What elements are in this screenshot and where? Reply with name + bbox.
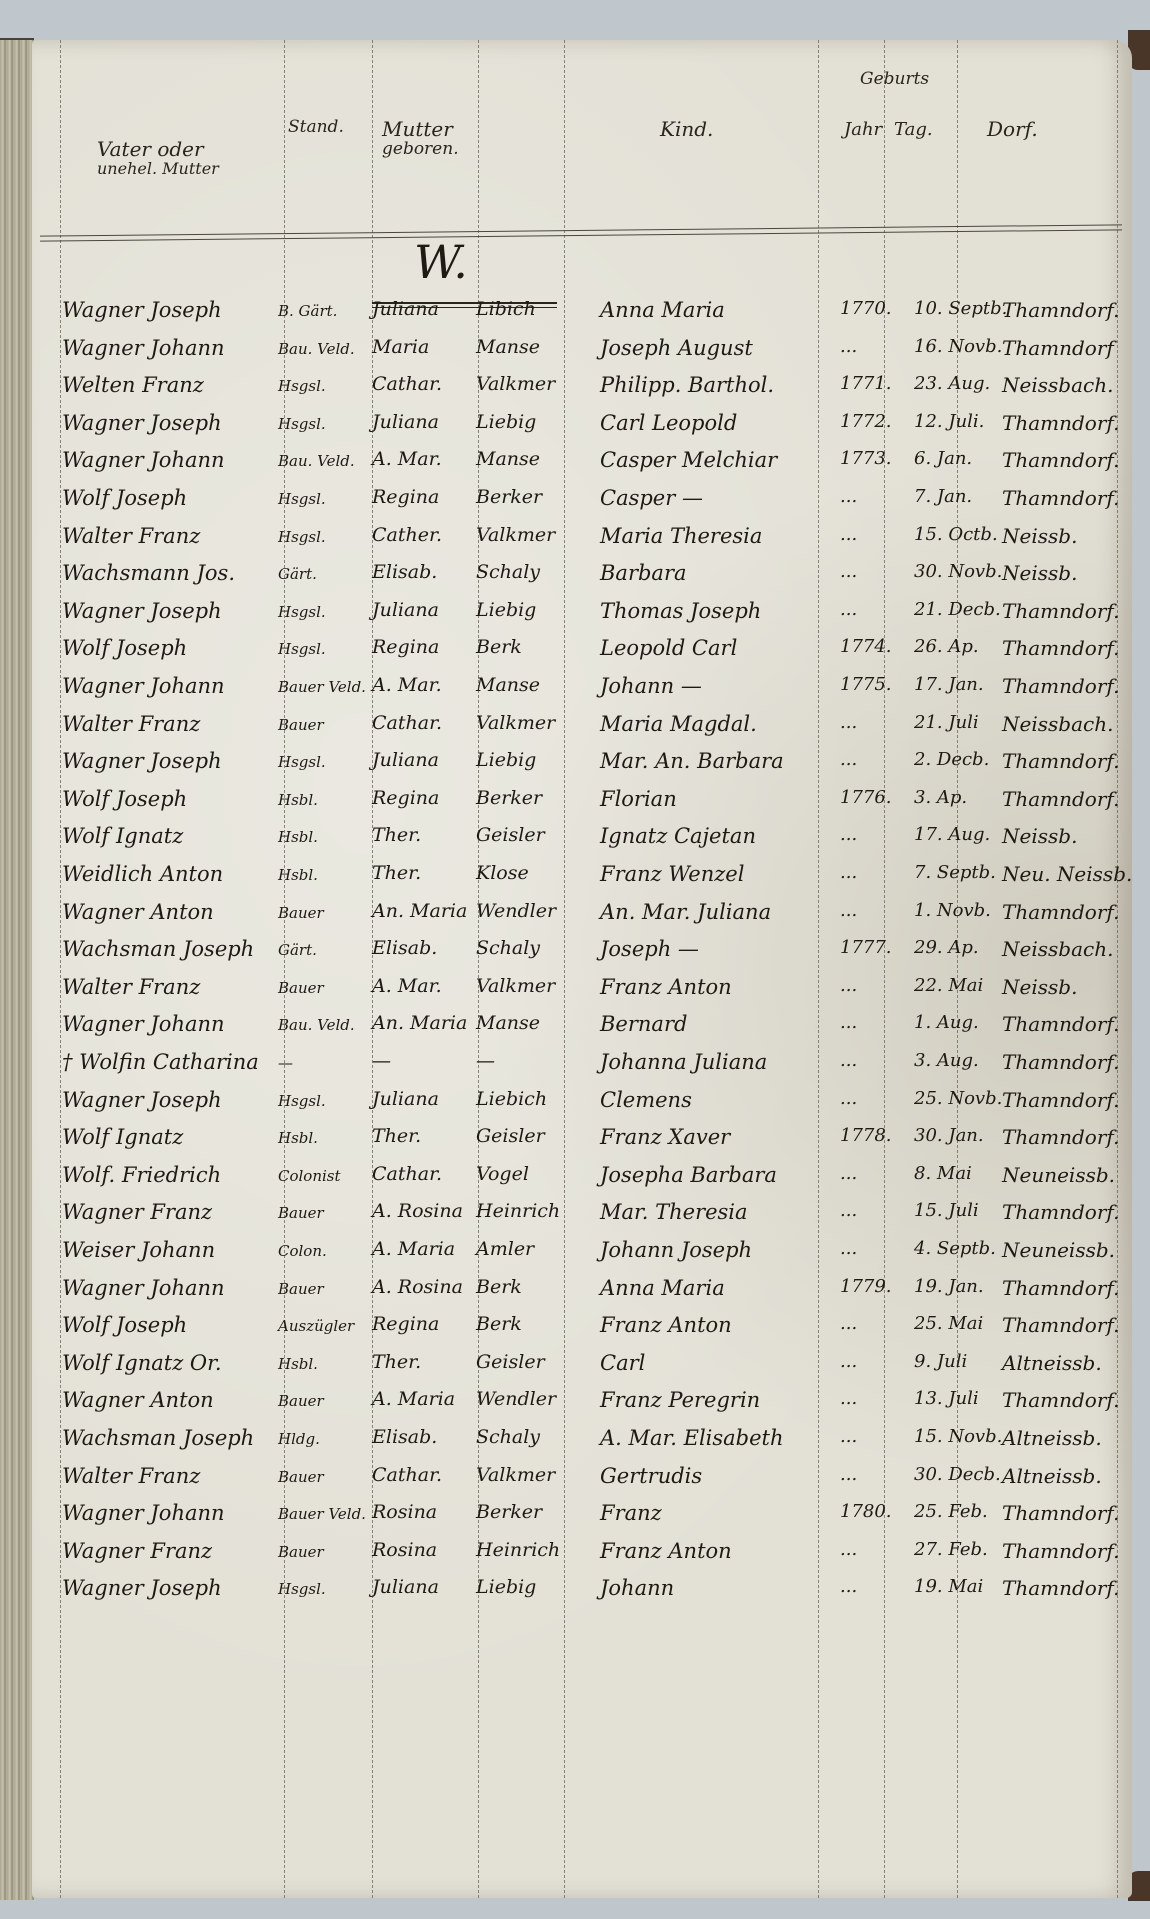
village: Thamndorf (1002, 336, 1122, 360)
village: Thamndorf. (1002, 636, 1122, 660)
table-row: Wagner AntonBauerAn. MariaWendlerAn. Mar… (32, 900, 1132, 936)
mother-first-name: A. Rosina (372, 1200, 482, 1222)
village: Thamndorf. (1002, 1125, 1122, 1149)
table-row: Wagner JosephHsgsl.JulianaLiebigThomas J… (32, 599, 1132, 635)
father-name: Wagner Joseph (62, 1576, 277, 1600)
mother-maiden-name: — (476, 1050, 596, 1072)
child-name: Johann (600, 1576, 840, 1600)
birth-year: ... (840, 975, 912, 996)
birth-year: 1778. (840, 1125, 912, 1146)
mother-first-name: Elisab. (372, 561, 482, 583)
father-name: Wagner Johann (62, 336, 277, 360)
birth-year: 1776. (840, 787, 912, 808)
mother-maiden-name: Amler (476, 1238, 596, 1260)
child-name: Franz (600, 1501, 840, 1525)
mother-maiden-name: Schaly (476, 561, 596, 583)
birth-day: 30. Novb. (914, 561, 1004, 582)
table-row: Walter FranzBauerCathar.ValkmerGertrudis… (32, 1464, 1132, 1500)
mother-first-name: Regina (372, 1313, 482, 1335)
table-row: Wachsman JosephGärt.Elisab.SchalyJoseph … (32, 937, 1132, 973)
mother-first-name: A. Maria (372, 1238, 482, 1260)
village: Thamndorf. (1002, 1576, 1122, 1600)
father-name: † Wolfin Catharina (62, 1050, 277, 1074)
birth-year: ... (840, 599, 912, 620)
header-year: Jahr (844, 120, 882, 140)
child-name: Joseph — (600, 937, 840, 961)
father-name: Wagner Anton (62, 900, 277, 924)
mother-maiden-name: Vogel (476, 1163, 596, 1185)
birth-day: 15. Juli (914, 1200, 1004, 1221)
occupation: Hsgsl. (278, 603, 370, 621)
village: Thamndorf. (1002, 1313, 1122, 1337)
occupation: Bauer Veld. (278, 678, 370, 696)
village: Thamndorf. (1002, 674, 1122, 698)
mother-first-name: Ther. (372, 1125, 482, 1147)
village: Neuneissb. (1002, 1238, 1122, 1262)
village: Altneissb. (1002, 1426, 1122, 1450)
father-name: Wagner Johann (62, 1012, 277, 1036)
table-row: Walter FranzBauerA. Mar.ValkmerFranz Ant… (32, 975, 1132, 1011)
village: Thamndorf. (1002, 1012, 1122, 1036)
occupation: Hsbl. (278, 791, 370, 809)
child-name: Clemens (600, 1088, 840, 1112)
mother-maiden-name: Liebig (476, 1576, 596, 1598)
mother-maiden-name: Geisler (476, 1125, 596, 1147)
birth-year: ... (840, 561, 912, 582)
village: Thamndorf. (1002, 749, 1122, 773)
occupation: B. Gärt. (278, 302, 370, 320)
header-birth: Geburts (860, 70, 929, 89)
table-row: Wolf. FriedrichColonistCathar.VogelJosep… (32, 1163, 1132, 1199)
header-village: Dorf. (987, 118, 1038, 140)
table-row: Wagner JosephHsgsl.JulianaLiebigJohann..… (32, 1576, 1132, 1612)
father-name: Wagner Joseph (62, 1088, 277, 1112)
mother-first-name: A. Mar. (372, 448, 482, 470)
birth-day: 21. Juli (914, 712, 1004, 733)
child-name: Joseph August (600, 336, 840, 360)
occupation: Bau. Veld. (278, 1016, 370, 1034)
table-row: Wagner JohannBau. Veld.A. Mar.ManseCaspe… (32, 448, 1132, 484)
occupation: Hsgsl. (278, 1092, 370, 1110)
village: Neissb. (1002, 524, 1122, 548)
child-name: Franz Xaver (600, 1125, 840, 1149)
birth-year: 1779. (840, 1276, 912, 1297)
birth-year: ... (840, 524, 912, 545)
mother-maiden-name: Berk (476, 1313, 596, 1335)
child-name: Leopold Carl (600, 636, 840, 660)
table-row: Wagner JosephHsgsl.JulianaLiebichClemens… (32, 1088, 1132, 1124)
father-name: Wagner Johann (62, 1501, 277, 1525)
occupation: Hsgsl. (278, 640, 370, 658)
child-name: Maria Theresia (600, 524, 840, 548)
birth-year: 1775. (840, 674, 912, 695)
village: Neu. Neissb. (1002, 862, 1122, 886)
birth-year: ... (840, 862, 912, 883)
birth-day: 17. Aug. (914, 824, 1004, 845)
table-row: Wagner JosephHsgsl.JulianaLiebigCarl Leo… (32, 411, 1132, 447)
father-name: Wolf Ignatz (62, 824, 277, 848)
table-row: Wolf JosephHsgsl.ReginaBerkerCasper —...… (32, 486, 1132, 522)
father-name: Wagner Anton (62, 1388, 277, 1412)
section-letter: W. (414, 235, 468, 289)
occupation: Bauer (278, 1280, 370, 1298)
birth-year: ... (840, 1088, 912, 1109)
table-row: Wagner JohannBau. Veld.MariaManseJoseph … (32, 336, 1132, 372)
village: Thamndorf. (1002, 1088, 1122, 1112)
village: Neuneissb. (1002, 1163, 1122, 1187)
father-name: Wagner Johann (62, 448, 277, 472)
father-name: Wagner Joseph (62, 749, 277, 773)
occupation: Hsbl. (278, 866, 370, 884)
birth-year: ... (840, 1238, 912, 1259)
child-name: Ignatz Cajetan (600, 824, 840, 848)
header-double-rule (40, 224, 1122, 241)
village: Neissb. (1002, 561, 1122, 585)
birth-year: ... (840, 336, 912, 357)
mother-maiden-name: Geisler (476, 1351, 596, 1373)
mother-maiden-name: Berker (476, 1501, 596, 1523)
birth-year: 1780. (840, 1501, 912, 1522)
father-name: Weidlich Anton (62, 862, 277, 886)
birth-year: ... (840, 900, 912, 921)
father-name: Wolf Joseph (62, 1313, 277, 1337)
mother-first-name: Juliana (372, 749, 482, 771)
father-name: Wachsman Joseph (62, 1426, 277, 1450)
table-row: Wolf JosephHsgsl.ReginaBerkLeopold Carl1… (32, 636, 1132, 672)
mother-maiden-name: Berker (476, 486, 596, 508)
child-name: Franz Anton (600, 975, 840, 999)
birth-day: 12. Juli. (914, 411, 1004, 432)
table-row: Wolf IgnatzHsbl.Ther.GeislerFranz Xaver1… (32, 1125, 1132, 1161)
mother-maiden-name: Libich (476, 298, 596, 320)
mother-first-name: Rosina (372, 1539, 482, 1561)
father-name: Weiser Johann (62, 1238, 277, 1262)
mother-maiden-name: Berk (476, 636, 596, 658)
birth-day: 30. Decb. (914, 1464, 1004, 1485)
birth-year: 1772. (840, 411, 912, 432)
mother-maiden-name: Liebig (476, 411, 596, 433)
father-name: Welten Franz (62, 373, 277, 397)
occupation: Bau. Veld. (278, 452, 370, 470)
mother-first-name: — (372, 1050, 482, 1072)
child-name: An. Mar. Juliana (600, 900, 840, 924)
father-name: Wagner Johann (62, 1276, 277, 1300)
occupation: Bauer (278, 1204, 370, 1222)
child-name: Anna Maria (600, 298, 840, 322)
table-row: Walter FranzBauerCathar.ValkmerMaria Mag… (32, 712, 1132, 748)
father-name: Wagner Joseph (62, 599, 277, 623)
table-row: Wagner AntonBauerA. MariaWendlerFranz Pe… (32, 1388, 1132, 1424)
mother-maiden-name: Wendler (476, 900, 596, 922)
table-row: † Wolfin Catharina———Johanna Juliana...3… (32, 1050, 1132, 1086)
birth-year: ... (840, 1313, 912, 1334)
father-name: Wagner Franz (62, 1539, 277, 1563)
mother-first-name: A. Rosina (372, 1276, 482, 1298)
table-row: Wagner JohannBau. Veld.An. MariaManseBer… (32, 1012, 1132, 1048)
book-page-edges (0, 38, 34, 1900)
table-row: Wolf JosephHsbl.ReginaBerkerFlorian1776.… (32, 787, 1132, 823)
birth-year: ... (840, 1351, 912, 1372)
village: Neissb. (1002, 824, 1122, 848)
birth-day: 15. Novb. (914, 1426, 1004, 1447)
mother-first-name: Rosina (372, 1501, 482, 1523)
mother-first-name: Ther. (372, 824, 482, 846)
birth-day: 25. Novb. (914, 1088, 1004, 1109)
child-name: Anna Maria (600, 1276, 840, 1300)
occupation: Bauer (278, 1468, 370, 1486)
birth-year: ... (840, 824, 912, 845)
village: Thamndorf. (1002, 1501, 1122, 1525)
mother-first-name: Cather. (372, 524, 482, 546)
child-name: Casper — (600, 486, 840, 510)
birth-day: 13. Juli (914, 1388, 1004, 1409)
child-name: A. Mar. Elisabeth (600, 1426, 840, 1450)
table-row: Wagner JohannBauerA. RosinaBerkAnna Mari… (32, 1276, 1132, 1312)
mother-first-name: Elisab. (372, 937, 482, 959)
birth-year: ... (840, 1012, 912, 1033)
village: Thamndorf. (1002, 787, 1122, 811)
occupation: Bauer (278, 979, 370, 997)
birth-day: 19. Mai (914, 1576, 1004, 1597)
mother-maiden-name: Klose (476, 862, 596, 884)
table-row: Weiser JohannColon.A. MariaAmlerJohann J… (32, 1238, 1132, 1274)
child-name: Mar. Theresia (600, 1200, 840, 1224)
table-row: Wachsmann Jos.Gärt.Elisab.SchalyBarbara.… (32, 561, 1132, 597)
table-row: Wagner FranzBauerRosinaHeinrichFranz Ant… (32, 1539, 1132, 1575)
occupation: Hldg. (278, 1430, 370, 1448)
village: Thamndorf. (1002, 1539, 1122, 1563)
birth-year: ... (840, 1388, 912, 1409)
birth-day: 4. Septb. (914, 1238, 1004, 1259)
birth-day: 22. Mai (914, 975, 1004, 996)
birth-day: 10. Septb. (914, 298, 1004, 319)
child-name: Carl (600, 1351, 840, 1375)
birth-day: 9. Juli (914, 1351, 1004, 1372)
birth-year: ... (840, 1200, 912, 1221)
child-name: Philipp. Barthol. (600, 373, 840, 397)
occupation: Bauer (278, 1392, 370, 1410)
village: Neissbach. (1002, 373, 1122, 397)
child-name: Carl Leopold (600, 411, 840, 435)
mother-first-name: Ther. (372, 1351, 482, 1373)
birth-day: 25. Mai (914, 1313, 1004, 1334)
occupation: Colonist (278, 1167, 370, 1185)
header-mother: Mutter geboren. (382, 118, 459, 159)
mother-first-name: Regina (372, 486, 482, 508)
village: Altneissb. (1002, 1464, 1122, 1488)
mother-maiden-name: Manse (476, 1012, 596, 1034)
child-name: Josepha Barbara (600, 1163, 840, 1187)
header-day: Tag. (894, 120, 933, 140)
village: Neissb. (1002, 975, 1122, 999)
mother-maiden-name: Manse (476, 448, 596, 470)
birth-day: 26. Ap. (914, 636, 1004, 657)
birth-day: 25. Feb. (914, 1501, 1004, 1522)
mother-maiden-name: Valkmer (476, 712, 596, 734)
mother-maiden-name: Heinrich (476, 1539, 596, 1561)
table-row: Wachsman JosephHldg.Elisab.SchalyA. Mar.… (32, 1426, 1132, 1462)
birth-year: ... (840, 1163, 912, 1184)
birth-day: 3. Ap. (914, 787, 1004, 808)
birth-day: 6. Jan. (914, 448, 1004, 469)
father-name: Wolf Joseph (62, 787, 277, 811)
mother-maiden-name: Wendler (476, 1388, 596, 1410)
village: Thamndorf. (1002, 411, 1122, 435)
occupation: Bauer (278, 904, 370, 922)
child-name: Thomas Joseph (600, 599, 840, 623)
father-name: Wachsman Joseph (62, 937, 277, 961)
mother-first-name: Elisab. (372, 1426, 482, 1448)
mother-first-name: Juliana (372, 298, 482, 320)
table-row: Wolf JosephAuszüglerReginaBerkFranz Anto… (32, 1313, 1132, 1349)
birth-day: 30. Jan. (914, 1125, 1004, 1146)
birth-day: 7. Jan. (914, 486, 1004, 507)
child-name: Barbara (600, 561, 840, 585)
birth-day: 1. Aug. (914, 1012, 1004, 1033)
birth-year: ... (840, 1426, 912, 1447)
birth-day: 17. Jan. (914, 674, 1004, 695)
mother-first-name: A. Mar. (372, 674, 482, 696)
father-name: Wolf. Friedrich (62, 1163, 277, 1187)
village: Neissbach. (1002, 937, 1122, 961)
occupation: Hsgsl. (278, 490, 370, 508)
header-father: Vater oder unehel. Mutter (97, 138, 219, 178)
birth-year: 1774. (840, 636, 912, 657)
birth-year: 1777. (840, 937, 912, 958)
birth-day: 1. Novb. (914, 900, 1004, 921)
mother-first-name: An. Maria (372, 1012, 482, 1034)
child-name: Florian (600, 787, 840, 811)
mother-maiden-name: Berk (476, 1276, 596, 1298)
mother-first-name: An. Maria (372, 900, 482, 922)
register-page: Vater oder unehel. Mutter Stand. Mutter … (32, 40, 1132, 1898)
mother-first-name: Juliana (372, 599, 482, 621)
header-child: Kind. (660, 118, 713, 140)
father-name: Wachsmann Jos. (62, 561, 277, 585)
birth-year: 1770. (840, 298, 912, 319)
birth-year: ... (840, 712, 912, 733)
village: Thamndorf. (1002, 1276, 1122, 1300)
occupation: Bau. Veld. (278, 340, 370, 358)
mother-first-name: Juliana (372, 1088, 482, 1110)
mother-maiden-name: Valkmer (476, 1464, 596, 1486)
birth-year: ... (840, 1050, 912, 1071)
mother-maiden-name: Heinrich (476, 1200, 596, 1222)
mother-maiden-name: Schaly (476, 1426, 596, 1448)
table-row: Weidlich AntonHsbl.Ther.KloseFranz Wenze… (32, 862, 1132, 898)
mother-first-name: Regina (372, 787, 482, 809)
mother-first-name: Regina (372, 636, 482, 658)
village: Thamndorf. (1002, 1200, 1122, 1224)
child-name: Gertrudis (600, 1464, 840, 1488)
birth-day: 19. Jan. (914, 1276, 1004, 1297)
father-name: Wagner Joseph (62, 298, 277, 322)
occupation: Bauer Veld. (278, 1505, 370, 1523)
birth-day: 16. Novb. (914, 336, 1004, 357)
occupation: Hsbl. (278, 1355, 370, 1373)
child-name: Casper Melchiar (600, 448, 840, 472)
child-name: Johann — (600, 674, 840, 698)
village: Thamndorf. (1002, 1050, 1122, 1074)
mother-first-name: Maria (372, 336, 482, 358)
occupation: Hsgsl. (278, 528, 370, 546)
birth-year: ... (840, 1539, 912, 1560)
child-name: Maria Magdal. (600, 712, 840, 736)
village: Thamndorf. (1002, 1388, 1122, 1412)
occupation: Hsgsl. (278, 415, 370, 433)
mother-maiden-name: Valkmer (476, 975, 596, 997)
occupation: Gärt. (278, 565, 370, 583)
father-name: Wolf Ignatz (62, 1125, 277, 1149)
table-row: Wagner FranzBauerA. RosinaHeinrichMar. T… (32, 1200, 1132, 1236)
father-name: Walter Franz (62, 712, 277, 736)
village: Thamndorf. (1002, 448, 1122, 472)
mother-maiden-name: Liebich (476, 1088, 596, 1110)
mother-maiden-name: Liebig (476, 599, 596, 621)
table-row: Wolf IgnatzHsbl.Ther.GeislerIgnatz Cajet… (32, 824, 1132, 860)
father-name: Wagner Johann (62, 674, 277, 698)
birth-year: ... (840, 486, 912, 507)
child-name: Johann Joseph (600, 1238, 840, 1262)
birth-day: 3. Aug. (914, 1050, 1004, 1071)
child-name: Franz Anton (600, 1313, 840, 1337)
occupation: Bauer (278, 716, 370, 734)
child-name: Franz Wenzel (600, 862, 840, 886)
occupation: Hsbl. (278, 828, 370, 846)
father-name: Wolf Joseph (62, 486, 277, 510)
mother-first-name: Ther. (372, 862, 482, 884)
header-stand: Stand. (288, 118, 344, 137)
birth-day: 23. Aug. (914, 373, 1004, 394)
occupation: Hsgsl. (278, 377, 370, 395)
mother-maiden-name: Valkmer (476, 373, 596, 395)
mother-maiden-name: Valkmer (476, 524, 596, 546)
child-name: Franz Peregrin (600, 1388, 840, 1412)
village: Thamndorf. (1002, 599, 1122, 623)
father-name: Wolf Joseph (62, 636, 277, 660)
birth-day: 8. Mai (914, 1163, 1004, 1184)
child-name: Franz Anton (600, 1539, 840, 1563)
child-name: Mar. An. Barbara (600, 749, 840, 773)
birth-year: 1771. (840, 373, 912, 394)
table-row: Welten FranzHsgsl.Cathar.ValkmerPhilipp.… (32, 373, 1132, 409)
mother-first-name: A. Maria (372, 1388, 482, 1410)
father-name: Walter Franz (62, 524, 277, 548)
occupation: — (278, 1054, 370, 1072)
father-name: Wagner Franz (62, 1200, 277, 1224)
child-name: Bernard (600, 1012, 840, 1036)
table-row: Wagner JosephB. Gärt.JulianaLibichAnna M… (32, 298, 1132, 334)
mother-maiden-name: Geisler (476, 824, 596, 846)
mother-first-name: Cathar. (372, 373, 482, 395)
birth-day: 29. Ap. (914, 937, 1004, 958)
village: Thamndorf. (1002, 486, 1122, 510)
father-name: Wolf Ignatz Or. (62, 1351, 277, 1375)
occupation: Hsgsl. (278, 1580, 370, 1598)
occupation: Auszügler (278, 1317, 370, 1335)
mother-maiden-name: Schaly (476, 937, 596, 959)
village: Thamndorf. (1002, 298, 1122, 322)
occupation: Colon. (278, 1242, 370, 1260)
table-row: Wagner JohannBauer Veld.RosinaBerkerFran… (32, 1501, 1132, 1537)
occupation: Hsgsl. (278, 753, 370, 771)
mother-first-name: Cathar. (372, 1464, 482, 1486)
birth-year: ... (840, 749, 912, 770)
birth-year: 1773. (840, 448, 912, 469)
village: Altneissb. (1002, 1351, 1122, 1375)
birth-day: 21. Decb. (914, 599, 1004, 620)
mother-first-name: Cathar. (372, 1163, 482, 1185)
